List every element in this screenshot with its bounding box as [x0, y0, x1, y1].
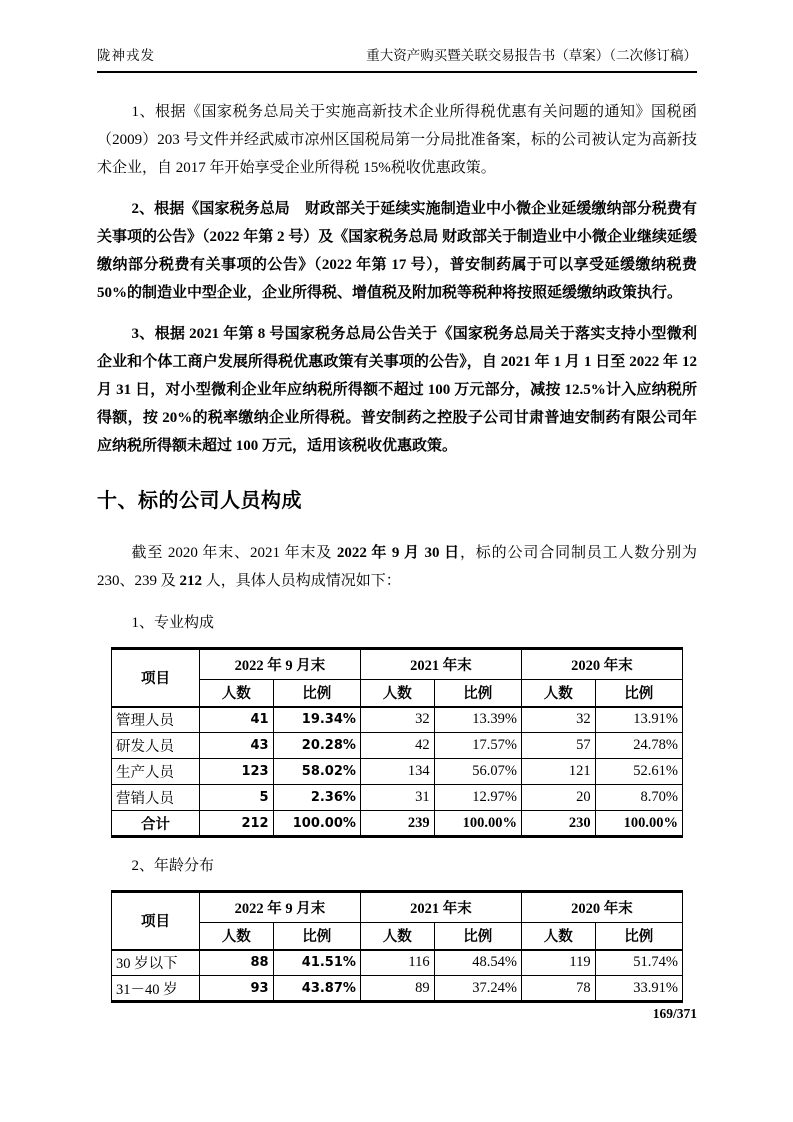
cell-count-2020: 119: [521, 950, 595, 976]
table-row-management: 管理人员 41 19.34% 32 13.39% 32 13.91%: [112, 707, 683, 733]
row-label: 管理人员: [112, 707, 200, 733]
cell-count-2022: 43: [199, 733, 273, 759]
column-header-2022: 2022 年 9 月末: [199, 649, 360, 680]
column-header-2021: 2021 年末: [360, 649, 521, 680]
cell-ratio-2022: 58.02%: [273, 759, 360, 785]
table-row-marketing: 营销人员 5 2.36% 31 12.97% 20 8.70%: [112, 785, 683, 811]
intro-text: 截至 2020 年末、2021 年末及: [132, 545, 337, 561]
cell-count-2020: 230: [521, 811, 595, 837]
page-number: 169/371: [97, 1006, 697, 1022]
row-label: 研发人员: [112, 733, 200, 759]
column-header-ratio: 比例: [434, 923, 521, 950]
column-header-item: 项目: [112, 892, 200, 950]
column-header-2020: 2020 年末: [521, 649, 682, 680]
row-label-total: 合计: [112, 811, 200, 837]
table-header-row-periods: 项目 2022 年 9 月末 2021 年末 2020 年末: [112, 649, 683, 680]
column-header-2020: 2020 年末: [521, 892, 682, 923]
column-header-item: 项目: [112, 649, 200, 707]
cell-ratio-2020: 8.70%: [595, 785, 682, 811]
header-company-name: 陇神戎发: [97, 44, 155, 64]
intro-bold-date: 2022 年 9 月 30 日: [337, 545, 460, 561]
table-header-row-periods: 项目 2022 年 9 月末 2021 年末 2020 年末: [112, 892, 683, 923]
section-intro-paragraph: 截至 2020 年末、2021 年末及 2022 年 9 月 30 日，标的公司…: [97, 539, 697, 595]
column-header-2022: 2022 年 9 月末: [199, 892, 360, 923]
cell-count-2021: 31: [360, 785, 434, 811]
column-header-2021: 2021 年末: [360, 892, 521, 923]
subsection-label-profession: 1、专业构成: [97, 609, 697, 637]
cell-count-2020: 57: [521, 733, 595, 759]
paragraph-tax-policy-3: 3、根据 2021 年第 8 号国家税务总局公告关于《国家税务总局关于落实支持小…: [97, 320, 697, 460]
row-label: 31－40 岁: [112, 976, 200, 1002]
cell-count-2022: 41: [199, 707, 273, 733]
page-header: 陇神戎发 重大资产购买暨关联交易报告书（草案）（二次修订稿）: [97, 44, 697, 73]
column-header-count: 人数: [521, 680, 595, 707]
cell-count-2022: 88: [199, 950, 273, 976]
cell-ratio-2021: 17.57%: [434, 733, 521, 759]
cell-ratio-2020: 13.91%: [595, 707, 682, 733]
section-heading: 十、标的公司人员构成: [97, 488, 697, 515]
table-row-rnd: 研发人员 43 20.28% 42 17.57% 57 24.78%: [112, 733, 683, 759]
table-row-production: 生产人员 123 58.02% 134 56.07% 121 52.61%: [112, 759, 683, 785]
cell-ratio-2020: 24.78%: [595, 733, 682, 759]
document-page: 陇神戎发 重大资产购买暨关联交易报告书（草案）（二次修订稿） 1、根据《国家税务…: [0, 0, 793, 1122]
column-header-ratio: 比例: [434, 680, 521, 707]
column-header-ratio: 比例: [273, 680, 360, 707]
cell-count-2020: 20: [521, 785, 595, 811]
cell-count-2020: 32: [521, 707, 595, 733]
cell-ratio-2022: 100.00%: [273, 811, 360, 837]
intro-text: 人，具体人员构成情况如下：: [202, 573, 401, 589]
cell-count-2022: 5: [199, 785, 273, 811]
table-row-under-30: 30 岁以下 88 41.51% 116 48.54% 119 51.74%: [112, 950, 683, 976]
cell-ratio-2020: 51.74%: [595, 950, 682, 976]
column-header-ratio: 比例: [595, 680, 682, 707]
cell-ratio-2022: 43.87%: [273, 976, 360, 1002]
cell-count-2020: 78: [521, 976, 595, 1002]
age-distribution-table: 项目 2022 年 9 月末 2021 年末 2020 年末 人数 比例 人数 …: [111, 890, 683, 1003]
column-header-count: 人数: [521, 923, 595, 950]
column-header-count: 人数: [199, 923, 273, 950]
cell-count-2021: 32: [360, 707, 434, 733]
column-header-ratio: 比例: [595, 923, 682, 950]
cell-count-2022: 212: [199, 811, 273, 837]
cell-count-2022: 123: [199, 759, 273, 785]
column-header-count: 人数: [360, 680, 434, 707]
cell-ratio-2021: 100.00%: [434, 811, 521, 837]
cell-ratio-2020: 52.61%: [595, 759, 682, 785]
cell-count-2022: 93: [199, 976, 273, 1002]
cell-ratio-2022: 2.36%: [273, 785, 360, 811]
cell-count-2021: 89: [360, 976, 434, 1002]
cell-ratio-2022: 41.51%: [273, 950, 360, 976]
cell-ratio-2021: 13.39%: [434, 707, 521, 733]
cell-count-2021: 239: [360, 811, 434, 837]
column-header-ratio: 比例: [273, 923, 360, 950]
cell-ratio-2022: 20.28%: [273, 733, 360, 759]
row-label: 30 岁以下: [112, 950, 200, 976]
cell-count-2021: 116: [360, 950, 434, 976]
intro-bold-count: 212: [180, 573, 203, 589]
cell-count-2020: 121: [521, 759, 595, 785]
header-report-title: 重大资产购买暨关联交易报告书（草案）（二次修订稿）: [366, 44, 697, 64]
cell-ratio-2021: 48.54%: [434, 950, 521, 976]
cell-ratio-2021: 37.24%: [434, 976, 521, 1002]
paragraph-tax-policy-1: 1、根据《国家税务总局关于实施高新技术企业所得税优惠有关问题的通知》国税函（20…: [97, 98, 697, 182]
cell-ratio-2021: 56.07%: [434, 759, 521, 785]
column-header-count: 人数: [199, 680, 273, 707]
subsection-label-age: 2、年龄分布: [97, 852, 697, 880]
cell-ratio-2020: 100.00%: [595, 811, 682, 837]
cell-count-2021: 134: [360, 759, 434, 785]
row-label: 生产人员: [112, 759, 200, 785]
row-label: 营销人员: [112, 785, 200, 811]
table-row-total: 合计 212 100.00% 239 100.00% 230 100.00%: [112, 811, 683, 837]
cell-count-2021: 42: [360, 733, 434, 759]
table-row-31-40: 31－40 岁 93 43.87% 89 37.24% 78 33.91%: [112, 976, 683, 1002]
paragraph-tax-policy-2: 2、根据《国家税务总局 财政部关于延续实施制造业中小微企业延缓缴纳部分税费有关事…: [97, 195, 697, 307]
cell-ratio-2022: 19.34%: [273, 707, 360, 733]
profession-composition-table: 项目 2022 年 9 月末 2021 年末 2020 年末 人数 比例 人数 …: [111, 647, 683, 838]
column-header-count: 人数: [360, 923, 434, 950]
cell-ratio-2020: 33.91%: [595, 976, 682, 1002]
cell-ratio-2021: 12.97%: [434, 785, 521, 811]
